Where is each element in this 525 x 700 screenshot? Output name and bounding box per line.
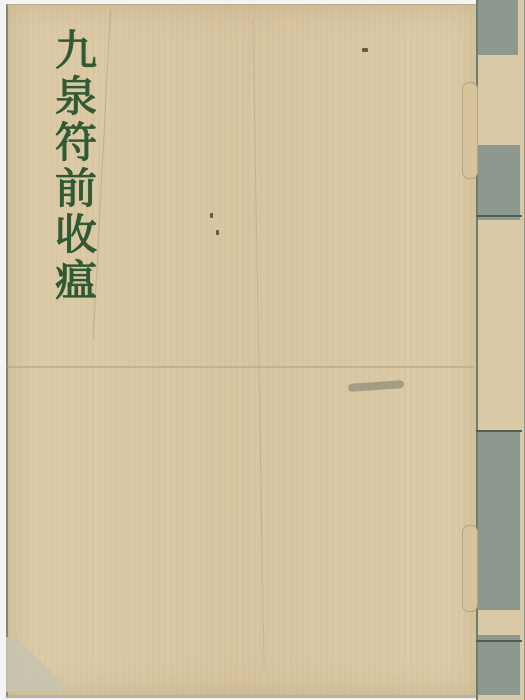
- spine-repair-patch: [478, 145, 520, 220]
- binding-tab: [462, 525, 478, 612]
- cover-title: 九泉符前收瘟: [28, 28, 98, 304]
- horizontal-fold-crease: [6, 366, 474, 368]
- binding-thread: [476, 430, 522, 432]
- spine-repair-patch: [478, 0, 518, 55]
- paper-speck: [216, 230, 219, 235]
- binding-thread: [476, 215, 522, 217]
- spine-repair-patch: [478, 430, 520, 610]
- spine-repair-patch: [478, 635, 520, 695]
- worn-corner-bottom-left: [6, 637, 61, 692]
- binding-tab: [462, 82, 478, 179]
- paper-speck: [210, 213, 213, 218]
- binding-thread: [476, 640, 522, 642]
- paper-speck: [362, 48, 368, 52]
